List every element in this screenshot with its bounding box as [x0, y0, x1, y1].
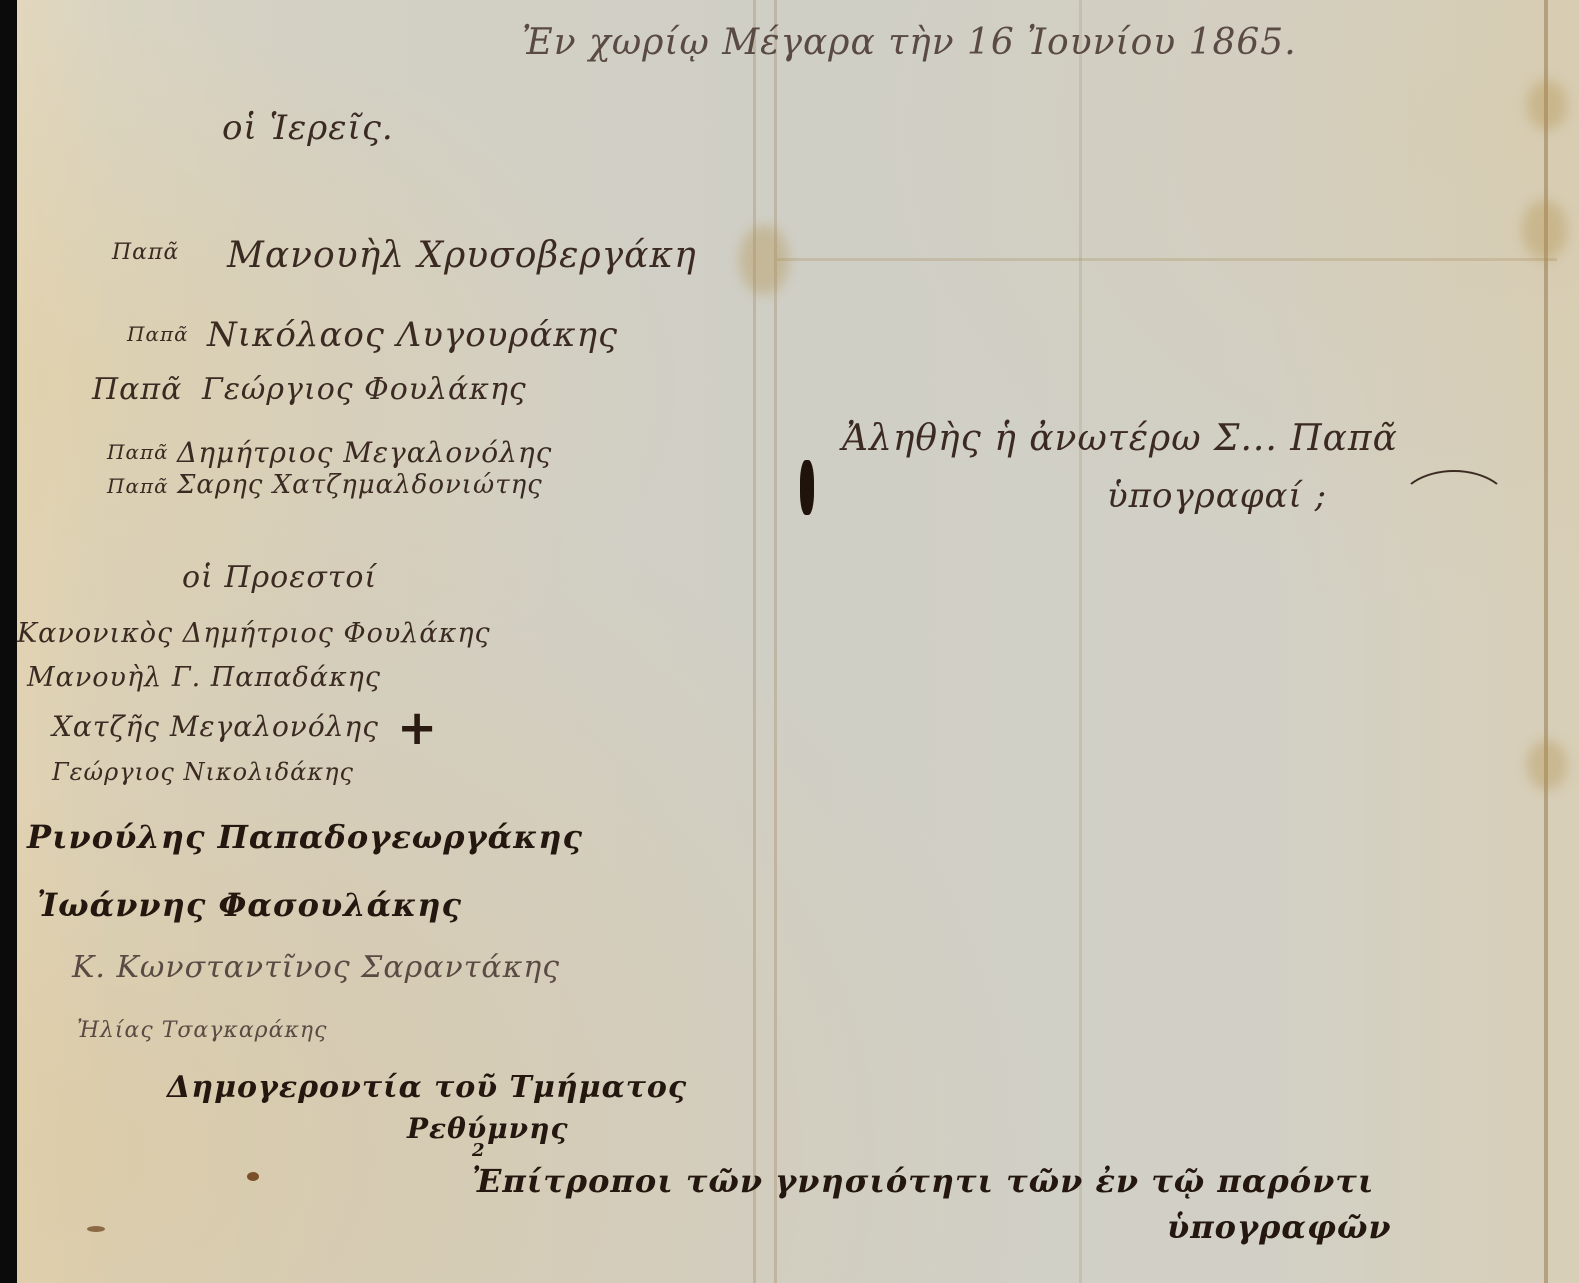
fold-line — [753, 0, 756, 1283]
signatory-name: Νικόλαος Λυγουράκης — [207, 315, 618, 355]
ink-blot — [800, 460, 814, 515]
fold-line — [1079, 0, 1082, 1283]
priests-heading: οἱ Ἱερεῖς. — [222, 108, 394, 148]
stain — [1527, 80, 1567, 130]
ink-spot — [247, 1172, 259, 1181]
title-prefix: Παπᾶ — [107, 474, 169, 498]
stain — [1527, 740, 1567, 790]
council-title: Δημογεροντία τοῦ Τμήματος — [167, 1070, 687, 1105]
attestation-line: ὑπογραφαί ; — [1107, 476, 1327, 516]
flourish-stroke — [1397, 470, 1511, 544]
number-mark: 2 — [472, 1140, 486, 1161]
signatory-name: Ἠλίας Τσαγκαράκης — [77, 1018, 327, 1043]
committee-line: Ἐπίτροποι τῶν γνησιότητι τῶν ἐν τῷ παρόν… — [472, 1162, 1374, 1200]
signatory-name: Κανονικὸς Δημήτριος Φουλάκης — [17, 618, 491, 649]
signatory-name: Μανουὴλ Γ. Παπαδάκης — [27, 662, 381, 693]
signatory-name: Χατζῆς Μεγαλονόλης — [52, 710, 379, 743]
council-location: Ρεθύμνης — [407, 1112, 569, 1145]
signatory-name: Ρινούλης Παπαδογεωργάκης — [27, 818, 583, 856]
stain — [1522, 200, 1567, 260]
attestation-line: Ἀληθὴς ἡ ἀνωτέρω Σ... Παπᾶ — [842, 418, 1398, 459]
place-date-line: Ἐν χωρίῳ Μέγαρα τὴν 16 Ἰουνίου 1865. — [522, 22, 1297, 63]
manuscript-page: Ἐν χωρίῳ Μέγαρα τὴν 16 Ἰουνίου 1865. οἱ … — [17, 0, 1579, 1283]
fold-line — [774, 0, 777, 1283]
signatory-name: Γεώργιος Φουλάκης — [202, 372, 527, 407]
title-prefix: Παπᾶ — [112, 240, 179, 265]
title-prefix: Παπᾶ — [107, 440, 169, 464]
signatory-name: Κ. Κωνσταντῖνος Σαραντάκης — [72, 950, 560, 985]
title-prefix: Παπᾶ — [127, 322, 189, 346]
ink-spot — [87, 1226, 105, 1232]
notables-heading: οἱ Προεστοί — [182, 560, 377, 595]
signatory-name: Μανουὴλ Χρυσοβεργάκη — [227, 235, 697, 276]
committee-line: ὑπογραφῶν — [1167, 1208, 1392, 1246]
cross-mark: + — [397, 700, 437, 756]
fold-line — [777, 258, 1557, 261]
fold-line — [1544, 0, 1548, 1283]
title-prefix: Παπᾶ — [92, 372, 182, 407]
signatory-name: Ἰωάννης Φασουλάκης — [37, 886, 462, 924]
stain — [739, 225, 789, 295]
signatory-name: Γεώργιος Νικολιδάκης — [52, 758, 354, 786]
signatory-name: Δημήτριος Μεγαλονόλης — [177, 436, 552, 469]
signatory-name: Σαρης Χατζημαλδονιώτης — [177, 470, 543, 500]
